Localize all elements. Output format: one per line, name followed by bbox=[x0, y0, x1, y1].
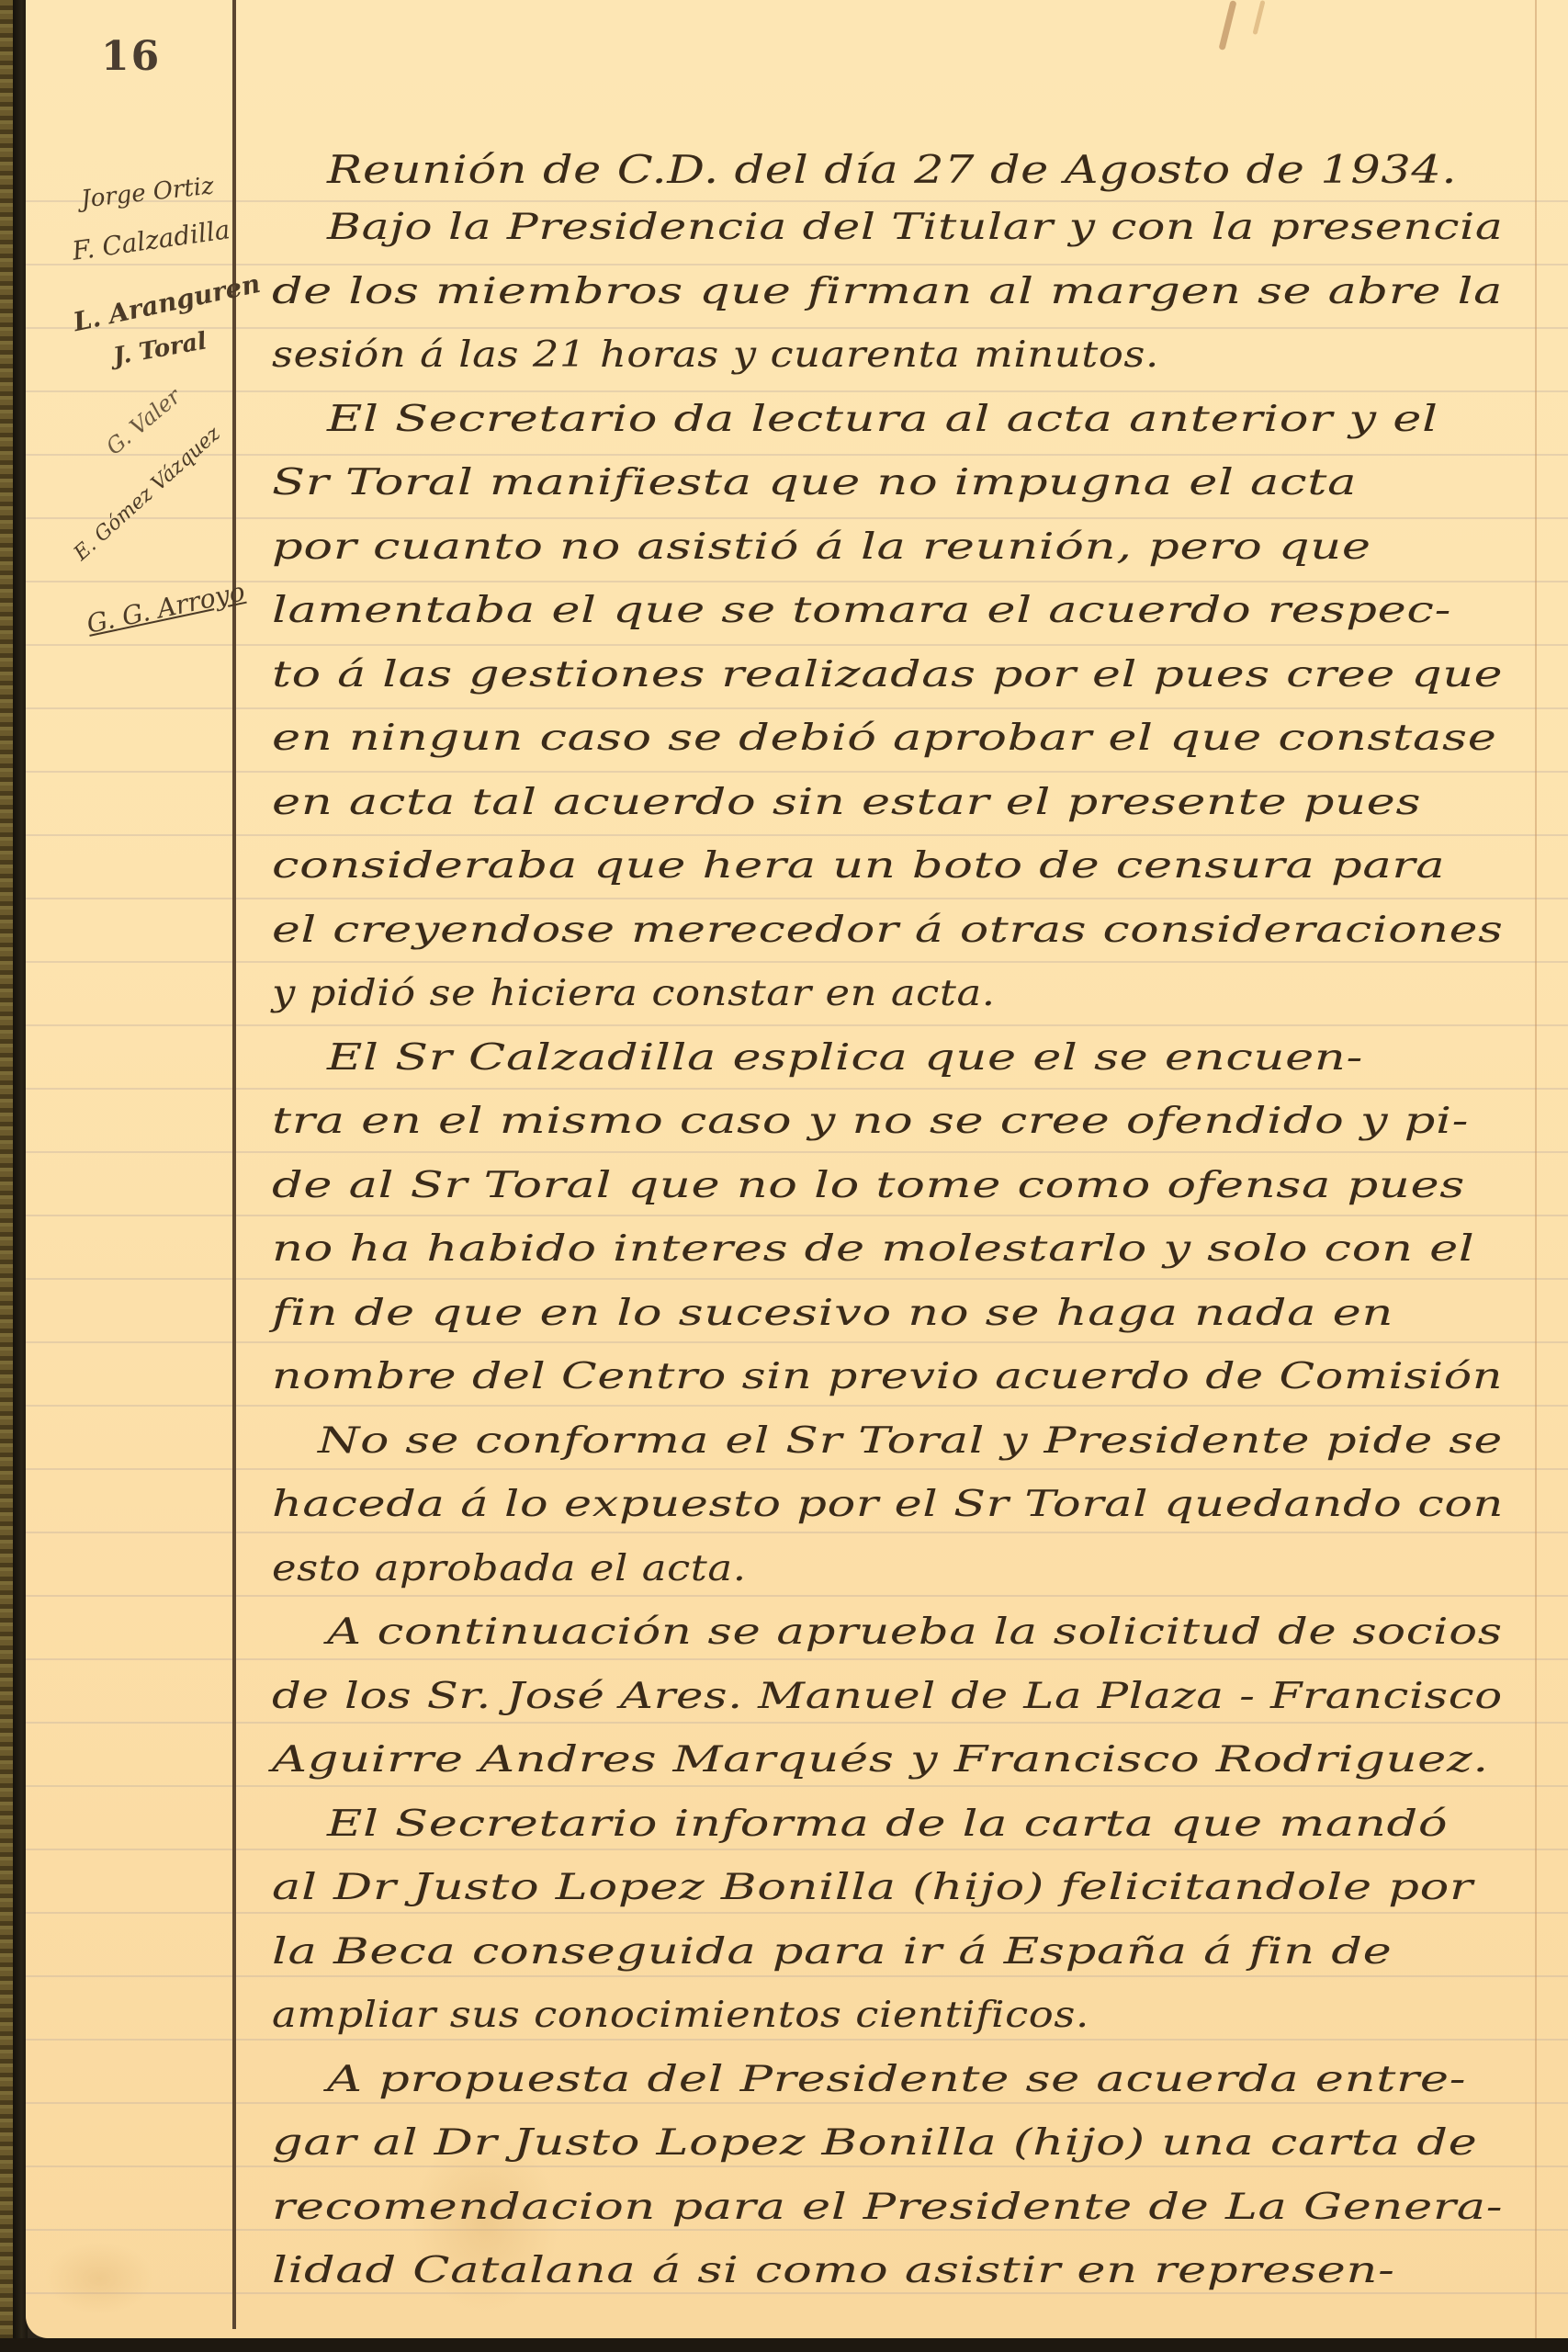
minutes-line: de al Sr Toral que no lo tome como ofens… bbox=[272, 1165, 1465, 1206]
ruled-line bbox=[26, 264, 1568, 266]
ink-stroke-mark bbox=[1218, 0, 1236, 51]
ruled-line bbox=[26, 454, 1568, 456]
signature: E. Gómez Vázquez bbox=[70, 423, 225, 566]
ruled-line bbox=[26, 644, 1568, 646]
minutes-line: consideraba que hera un boto de censura … bbox=[272, 845, 1445, 887]
minutes-line: fin de que en lo sucesivo no se haga nad… bbox=[272, 1293, 1393, 1334]
minutes-line: el creyendose merecedor á otras consider… bbox=[272, 910, 1503, 951]
ruled-line bbox=[26, 200, 1568, 202]
minutes-line: nombre del Centro sin previo acuerdo de … bbox=[272, 1356, 1503, 1397]
ruled-line bbox=[26, 2102, 1568, 2104]
minutes-line: la Beca conseguida para ir á España á fi… bbox=[272, 1931, 1392, 1973]
minutes-line: tra en el mismo caso y no se cree ofendi… bbox=[272, 1101, 1469, 1142]
margin-line bbox=[232, 0, 236, 2329]
minutes-line: en acta tal acuerdo sin estar el present… bbox=[272, 782, 1421, 823]
minutes-title: Reunión de C.D. del día 27 de Agosto de … bbox=[327, 147, 1457, 192]
ruled-line bbox=[26, 898, 1568, 899]
signature: Jorge Ortiz bbox=[80, 173, 215, 214]
minutes-line: ampliar sus conocimientos cientificos. bbox=[272, 1995, 1089, 2036]
ruled-line bbox=[26, 390, 1568, 392]
ruled-line bbox=[26, 1785, 1568, 1787]
ruled-line bbox=[26, 1088, 1568, 1090]
minutes-line: Sr Toral manifiesta que no impugna el ac… bbox=[272, 462, 1357, 503]
ink-stroke-mark bbox=[1252, 0, 1265, 35]
minutes-line: El Secretario da lectura al acta anterio… bbox=[327, 399, 1438, 440]
minutes-line: A continuación se aprueba la solicitud d… bbox=[327, 1611, 1503, 1653]
minutes-line: en ningun caso se debió aprobar el que c… bbox=[272, 718, 1497, 759]
minutes-line: lidad Catalana á si como asistir en repr… bbox=[272, 2250, 1395, 2291]
ruled-line bbox=[26, 1341, 1568, 1343]
minutes-line: recomendacion para el Presidente de La G… bbox=[272, 2187, 1503, 2228]
minutes-line: El Secretario informa de la carta que ma… bbox=[327, 1804, 1448, 1845]
minutes-line: gar al Dr Justo Lopez Bonilla (hijo) una… bbox=[272, 2122, 1477, 2164]
ruled-line bbox=[26, 1151, 1568, 1153]
page-number: 16 bbox=[101, 33, 161, 80]
ruled-line bbox=[26, 1215, 1568, 1216]
ruled-line bbox=[26, 1912, 1568, 1914]
ruled-line bbox=[26, 1405, 1568, 1407]
ruled-line bbox=[26, 1024, 1568, 1026]
ruled-line bbox=[26, 1658, 1568, 1660]
ruled-line bbox=[26, 771, 1568, 773]
ruled-line bbox=[26, 1468, 1568, 1470]
paper-stain bbox=[44, 2242, 154, 2315]
ruled-line bbox=[26, 327, 1568, 329]
ruled-line bbox=[26, 2039, 1568, 2041]
ruled-line bbox=[26, 517, 1568, 519]
signature: F. Calzadilla bbox=[71, 214, 232, 266]
minutes-line: esto aprobada el acta. bbox=[272, 1548, 747, 1589]
minutes-line: Bajo la Presidencia del Titular y con la… bbox=[327, 207, 1504, 248]
minutes-line: no ha habido interes de molestarlo y sol… bbox=[272, 1228, 1474, 1270]
ruled-line bbox=[26, 1975, 1568, 1977]
ruled-line bbox=[26, 2165, 1568, 2167]
ruled-line bbox=[26, 1849, 1568, 1850]
signature: G. G. Arroyo bbox=[84, 576, 247, 639]
minutes-line: al Dr Justo Lopez Bonilla (hijo) felicit… bbox=[272, 1867, 1473, 1908]
minutes-line: No se conforma el Sr Toral y Presidente … bbox=[318, 1420, 1503, 1462]
minutes-line: to á las gestiones realizadas por el pue… bbox=[272, 654, 1503, 695]
ruled-line bbox=[26, 961, 1568, 963]
ruled-line bbox=[26, 2229, 1568, 2231]
ruled-line bbox=[26, 834, 1568, 836]
ruled-line bbox=[26, 2292, 1568, 2294]
minutes-line: El Sr Calzadilla esplica que el se encue… bbox=[327, 1037, 1363, 1079]
minutes-line: A propuesta del Presidente se acuerda en… bbox=[327, 2059, 1466, 2100]
ruled-line bbox=[26, 581, 1568, 582]
ruled-line bbox=[26, 1722, 1568, 1724]
minutes-line: de los miembros que firman al margen se … bbox=[272, 271, 1503, 312]
minutes-line: lamentaba el que se tomara el acuerdo re… bbox=[272, 590, 1451, 631]
minutes-line: y pidió se hiciera constar en acta. bbox=[272, 973, 996, 1014]
signature: J. Toral bbox=[111, 327, 209, 370]
minutes-line: Aguirre Andres Marqués y Francisco Rodri… bbox=[272, 1739, 1489, 1781]
minutes-line: de los Sr. José Ares. Manuel de La Plaza… bbox=[272, 1676, 1503, 1717]
signature: G. Valer bbox=[101, 383, 186, 459]
ruled-line bbox=[26, 707, 1568, 709]
page-right-edge bbox=[1535, 0, 1537, 2338]
minutes-line: haceda á lo expuesto por el Sr Toral que… bbox=[272, 1484, 1504, 1525]
ruled-line bbox=[26, 1595, 1568, 1597]
ruled-line bbox=[26, 1278, 1568, 1280]
minutes-line: por cuanto no asistió á la reunión, pero… bbox=[272, 526, 1371, 568]
page-bottom-edge bbox=[0, 2338, 1568, 2352]
ledger-page: 16 Jorge Ortiz F. Calzadilla L. Arangure… bbox=[26, 0, 1568, 2338]
minutes-line: sesión á las 21 horas y cuarenta minutos… bbox=[272, 334, 1159, 376]
ruled-line bbox=[26, 1532, 1568, 1533]
